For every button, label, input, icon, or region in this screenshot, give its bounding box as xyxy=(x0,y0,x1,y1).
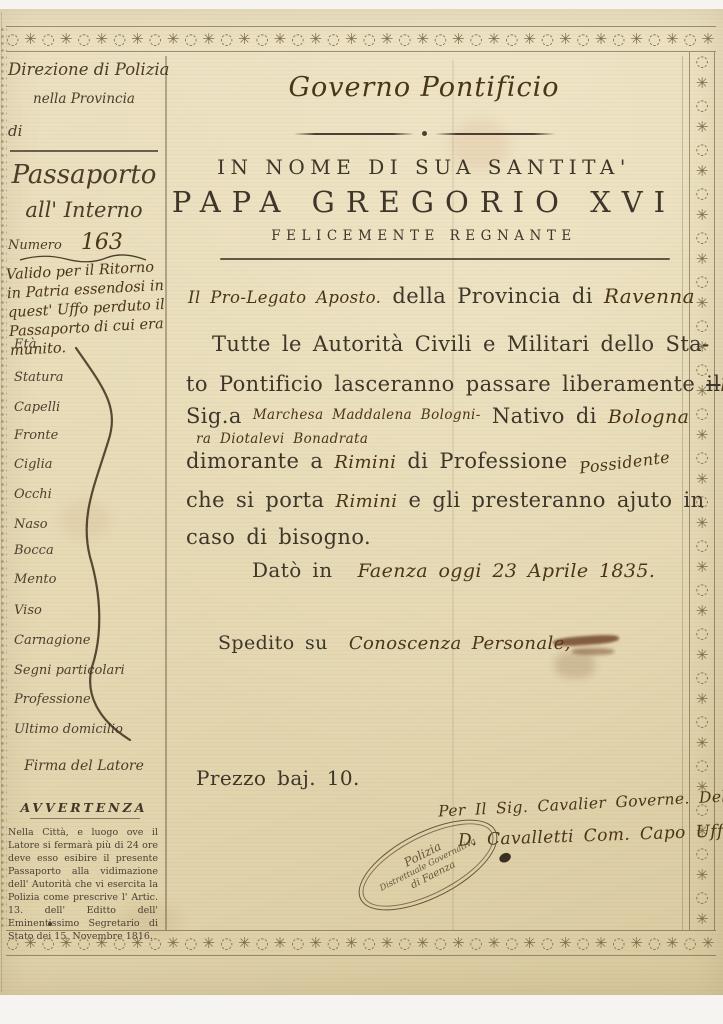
divider-dot xyxy=(422,131,427,136)
divider-bar xyxy=(294,133,414,135)
sidebar-field-naso: Naso xyxy=(14,517,48,532)
sidebar-field-et-: Età xyxy=(14,337,36,352)
nativo-label: Nativo di xyxy=(492,404,597,428)
professione-handwriting: Possidente xyxy=(578,448,671,478)
body-line-spedito: Spedito su Conoscenza Personale, xyxy=(218,630,571,654)
header-bottom-rule xyxy=(220,258,670,260)
sidebar-field-fronte: Fronte xyxy=(14,428,58,443)
sidebar-di-label: di xyxy=(8,122,160,140)
header-line-3: FELICEMENTE REGNANTE xyxy=(166,228,682,244)
governo-pontificio-title: Governo Pontificio xyxy=(166,72,682,103)
porta-rest-print: e gli presteranno ajuto in xyxy=(409,488,705,512)
dato-handwriting: Faenza oggi 23 Aprile 1835. xyxy=(358,560,656,582)
ink-smudge xyxy=(555,652,595,678)
body-line-a: Tutte le Autorità Civili e Militari dell… xyxy=(212,332,710,356)
porta-label: che si porta xyxy=(186,488,324,512)
prezzo-line: Prezzo baj. 10. xyxy=(196,766,360,790)
avvertenza-rule xyxy=(30,818,140,819)
body-line-b: to Pontificio lasceranno passare liberam… xyxy=(186,372,723,396)
sidebar-field-viso: Viso xyxy=(14,603,42,618)
porta-handwriting: Rimini xyxy=(336,491,398,512)
dimorante-handwriting: Rimini xyxy=(334,452,396,473)
sidebar-field-ciglia: Ciglia xyxy=(14,457,53,472)
professione-label: di Professione xyxy=(407,449,567,473)
header-ornament-divider xyxy=(166,131,682,136)
spedito-label: Spedito su xyxy=(218,632,328,654)
sidebar-heading-1: Direzione di Polizia xyxy=(8,60,160,79)
body-line-dato: Datò in Faenza oggi 23 Aprile 1835. xyxy=(252,558,655,582)
sidebar-rule xyxy=(10,150,158,152)
prolegato-handwriting: Il Pro-Legato Aposto. xyxy=(188,288,381,307)
body-line-prolegato: Il Pro-Legato Aposto. della Provincia di… xyxy=(188,284,695,308)
stamp-line-3: di Faenza xyxy=(409,859,458,892)
sidebar-heading-2: nella Provincia xyxy=(8,91,160,107)
avvertenza-text: Nella Città, e luogo ove il Latore si fe… xyxy=(8,826,158,943)
pen-stroke-squiggle xyxy=(58,342,148,752)
passaporto-title-1: Passaporto xyxy=(8,160,160,190)
sidebar-field-bocca: Bocca xyxy=(14,543,54,558)
sidebar-field-occhi: Occhi xyxy=(14,487,52,502)
sidebar-field-mento: Mento xyxy=(14,572,56,587)
header-line-2: PAPA GREGORIO XVI xyxy=(166,185,682,219)
sidebar-field-statura: Statura xyxy=(14,370,63,385)
header-line-1: IN NOME DI SUA SANTITA' xyxy=(166,155,682,179)
paper-left-edge xyxy=(1,12,2,992)
sidebar-field-capelli: Capelli xyxy=(14,400,60,415)
divider-bar xyxy=(435,133,555,135)
scanned-passport-document: ◌✳◌✳◌✳◌✳◌✳◌✳◌✳◌✳◌✳◌✳◌✳◌✳◌✳◌✳◌✳◌✳◌✳◌✳◌✳◌✳… xyxy=(0,0,723,1024)
il-struck-word: il xyxy=(706,372,720,396)
nativo-handwriting: Bologna xyxy=(608,406,689,428)
avvertenza-end-dot xyxy=(48,922,52,926)
provincia-handwriting: Ravenna xyxy=(604,284,695,308)
passaporto-title-2: all' Interno xyxy=(8,198,160,222)
spedito-handwriting: Conoscenza Personale, xyxy=(349,633,571,654)
body-line-sig: Sig.a Marchesa Maddalena Bologni- Nativo… xyxy=(186,404,689,428)
stamp-line-1: Polizia xyxy=(402,840,443,870)
body-line-porta: che si porta Rimini e gli presteranno aj… xyxy=(186,488,705,512)
body-line-c: caso di bisogno. xyxy=(186,525,371,549)
dimorante-label: dimorante a xyxy=(186,449,323,473)
body-line-dimorante: dimorante a Rimini di Professione Possid… xyxy=(186,449,670,473)
avvertenza-title: AVVERTENZA xyxy=(8,800,160,815)
numero-label: Numero xyxy=(8,238,62,253)
dato-label: Datò in xyxy=(252,558,332,582)
line-b-print: to Pontificio lasceranno passare liberam… xyxy=(186,372,695,396)
della-provincia-print: della Provincia di xyxy=(392,284,592,308)
sig-label: Sig.a xyxy=(186,404,242,428)
name-handwriting-2: ra Diotalevi Bonadrata xyxy=(196,431,368,447)
border-top-ornament: ◌✳◌✳◌✳◌✳◌✳◌✳◌✳◌✳◌✳◌✳◌✳◌✳◌✳◌✳◌✳◌✳◌✳◌✳◌✳◌✳… xyxy=(6,26,716,52)
firma-label: Firma del Latore xyxy=(8,758,160,774)
name-handwriting-1: Marchesa Maddalena Bologni- xyxy=(253,407,481,423)
